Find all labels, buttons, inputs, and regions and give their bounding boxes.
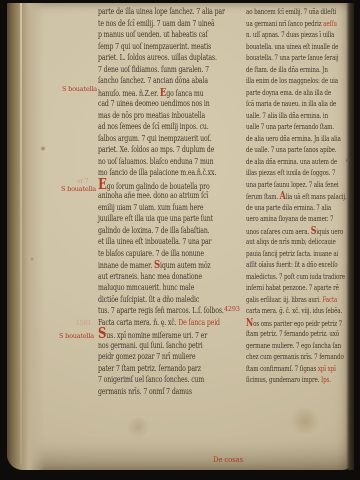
text-line: parte doyna ema. de alia illa de — [246, 87, 325, 99]
text-line: aut ertraneis. hanc mea donatione — [98, 271, 213, 283]
text-line: ſtam petriz. 7 fernando petriz. uxō — [246, 328, 325, 340]
text-line: unos caſares cum aera. Siquis uero — [246, 225, 325, 237]
text-line: tus. 7 aparte regis ſeñ marcos. L.ſ. ſol… — [98, 305, 213, 317]
text-line: Sus. xpī nomine miſerame uri. 7 er — [98, 328, 213, 340]
text-line: de una parte dila ermina. 7 alia — [246, 202, 325, 214]
text-line: aninoha añe mee. dono ao atrium ſcī — [98, 190, 213, 202]
text-line: illas piezas eſt iuxila de ſoggos. 7 — [246, 167, 325, 179]
text-line: emilij uiam 7 uiam. xum ſuam here — [98, 202, 213, 214]
text-line: mo ſancio de illa palacione m.ea.ñ.č.xx. — [98, 167, 213, 179]
text-line: Ego ſorum galindo de bouatella pro — [98, 179, 213, 191]
text-line: de ſtam. de illa dña ermina. Jn — [246, 64, 325, 76]
marginal-note: S bouatella — [62, 86, 97, 93]
text-line: ſcā maria de naueu. in illa alia de — [246, 98, 325, 110]
text-line: parte de illa uinea lope ſanchez. 7 alia… — [98, 6, 213, 18]
text-line: ſalbos argum. 7 qui inempzauerit uoſ. — [98, 133, 213, 145]
text-line: galis erſiluar. iij. libras auri. Facta — [246, 294, 325, 306]
catchword: De cosas — [213, 456, 243, 464]
text-line: peidr gomez pozar 7 nrī muliere — [98, 351, 213, 363]
text-line: maluquo mmcauerit. hunc male — [98, 282, 213, 294]
marginal-note: S bouatella — [59, 333, 94, 340]
text-line: illa enim de los maggnelos: de uia — [246, 75, 325, 87]
text-column-right: ao bancem ſcī emilij. 7 uña dileſtiua ge… — [246, 6, 356, 397]
text-line: pauia ſancij petriz ſacta. inuane ai — [246, 248, 325, 260]
text-line: nos germani. qui ſuni. ſancho petri — [98, 340, 213, 352]
text-line: juuillare eſt illa uia que una parte ſun… — [98, 213, 213, 225]
text-line: aut aliqs de nrīs mmb; deliccauie — [246, 236, 325, 248]
text-line: ao bancem ſcī emilij. 7 uña dileſti — [246, 6, 325, 18]
text-line: galindo de loxima. 7 de illa ſabaſtian. — [98, 225, 213, 237]
text-line — [246, 386, 325, 398]
marginal-note: 4293 — [224, 306, 240, 313]
text-line: carta mera. ḡ. č. xč. viij. idus ſebēa. — [246, 305, 325, 317]
binding-highlight — [20, 3, 22, 464]
text-line: cad 7 uinea deomeo uendimos nos in — [98, 98, 213, 110]
text-line: n. uſſ apnas. 7 duas piezas ī uilla — [246, 29, 325, 41]
text-line: Nos oms pariter ego peidr petriz 7 — [246, 317, 325, 329]
text-line: ſicimus, gundemaro impre. Ips. — [246, 374, 325, 386]
marginal-note: 1593 — [76, 320, 90, 327]
text-line: chez cum germanis nrīs. 7 fernando — [246, 351, 325, 363]
text-line: ſancho ſanchez. 7 ancian dōna abala — [98, 75, 213, 87]
text-line: ua germani nrī ſanco pedriz aeſſu — [246, 18, 325, 30]
text-line: germane muliere. 7 ego ſancha ſan — [246, 340, 325, 352]
text-line: maledictus. 7 poſt cum iuda tradiore — [246, 271, 325, 283]
text-line: bouatella. 7 una parte ſanue ſeraij — [246, 52, 325, 64]
text-line: aſſit oīaīus fuerit: ſit a dño excelſo — [246, 259, 325, 271]
text-line: inſerni habat penzone. 7 aparte rē — [246, 282, 325, 294]
marginal-note: S bouatella — [61, 186, 96, 193]
text-line: te nos de ſcī emilij. 7 uam dam 7 uineā — [98, 18, 213, 30]
text-line: de alia dña ermina. una autem de — [246, 156, 325, 168]
text-line: no uoſ ſaluamos. blaſco enduna 7 mun — [98, 156, 213, 168]
text-line: ſerum ſtam. Alia uā eſt mans palacij. — [246, 190, 325, 202]
text-line: de ualle. 7 una parte ſanos apibe. — [246, 144, 325, 156]
text-line: innane de mamer. Siqum autem mōz — [98, 259, 213, 271]
text-line: dictiōe ſuſcipiat. ſit a dño maledic — [98, 294, 213, 306]
photo-background: parte de illa uinea lope ſanchez. 7 alia… — [0, 0, 360, 480]
text-column-left: parte de illa uinea lope ſanchez. 7 alia… — [98, 6, 246, 397]
text-line: de alia uero dña ermina. Jn illa alia — [246, 133, 325, 145]
text-line: ualle. 7 alia illa dña ermina. in — [246, 110, 325, 122]
text-line: pariet. L. ſoldos aureos. uillas duplata… — [98, 52, 213, 64]
text-line: mas de nōs pro meatias inbouatella — [98, 110, 213, 122]
text-line: ſemp 7 qui uoſ inempzauerint. meatis — [98, 41, 213, 53]
text-line: et illa uinea eſt inbouatella. 7 una par — [98, 236, 213, 248]
text-line: hanuſo. mea. ñ.Z.er. Ego ſanca mu — [98, 87, 213, 99]
marginal-note: er 7 — [77, 178, 88, 185]
text-line: pater 7 ſtam petriz. ſernando parz — [98, 363, 213, 375]
text-line: Facta carta mera. ñ. ę. xč. De ſanca pei… — [98, 317, 213, 329]
binding-edge — [7, 3, 45, 470]
text-line: germanis nrīs. 7 onmſ 7 damus — [98, 386, 213, 398]
text-line: p manus uoſ uenden. ut habeatis caſ — [98, 29, 213, 41]
text-line: pariet. Xe. ſoldos ao mps. 7 duplum de — [98, 144, 213, 156]
text-line: 7 dene uoſ fidiamos. ſunm garalen. 7 — [98, 64, 213, 76]
text-line: bouatella. una uinea eſt inualle de — [246, 41, 325, 53]
text-line: ſtam confirmamſ. 7 ſignas xpī xpī — [246, 363, 325, 375]
text-line: ad nos ſemees de ſcī emilij inpos. cu. — [98, 121, 213, 133]
text-line: 7 onigerimſ uel ſanco ſonches. cum — [98, 374, 213, 386]
text-line: ualle 7 una parte fernando ſtam. — [246, 121, 325, 133]
